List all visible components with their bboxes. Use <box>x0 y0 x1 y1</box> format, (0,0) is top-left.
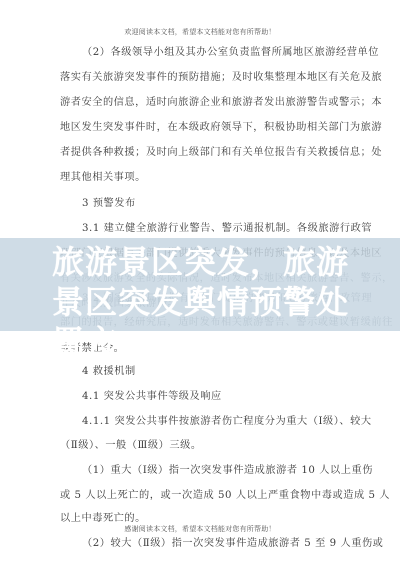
page-header: 欢迎阅读本文档，希望本文档能对您有所帮助！ <box>0 27 400 37</box>
body-line: 3.1 建立健全旅游行业警告、警示通报机制。各级旅游行政管 <box>82 222 372 236</box>
body-line: （1）重大（Ⅰ级）指一次突发事件造成旅游者 10 人以上重伤 <box>82 464 373 478</box>
body-line: （2）各级领导小组及其办公室负责监督所属地区旅游经营单位 <box>82 46 379 60</box>
body-line: （Ⅱ级）、一般（Ⅲ级）三级。 <box>60 439 202 453</box>
body-line: （2）较大（Ⅱ级）指一次突发事件造成旅游者 5 至 9 人重伤或 <box>82 537 383 551</box>
body-line: 者提供各种救援；及时向上级部门和有关单位报告有关救援信息；处 <box>60 146 382 160</box>
page-footer: 感谢阅读本文档，希望本文档能对您有所帮助！ <box>0 524 400 534</box>
section-heading: 4 救援机制 <box>82 365 136 379</box>
banner-title: 旅游景区突发，旅游景区突发舆情预警处置方 <box>52 242 352 362</box>
body-line: 地区发生突发事件时，在本级政府领导下，积极协助相关部门为旅游 <box>60 121 382 135</box>
subsection-heading: 4.1 突发公共事件等级及响应 <box>82 390 222 404</box>
body-line: 或 5 人以上死亡的，或一次造成 50 人以上严重食物中毒或造成 5 人 <box>60 489 390 503</box>
body-line: 游者安全的信息，适时向旅游企业和旅游者发出旅游警告或警示；本 <box>60 96 382 110</box>
body-line: 理其他相关事项。 <box>60 171 146 185</box>
section-heading: 3 预警发布 <box>82 197 136 211</box>
body-line: 落实有关旅游突发事件的预防措施；及时收集整理本地区有关危及旅 <box>60 71 382 85</box>
body-line: 4.1.1 突发公共事件按旅游者伤亡程度分为重大（Ⅰ级）、较大 <box>82 415 372 429</box>
